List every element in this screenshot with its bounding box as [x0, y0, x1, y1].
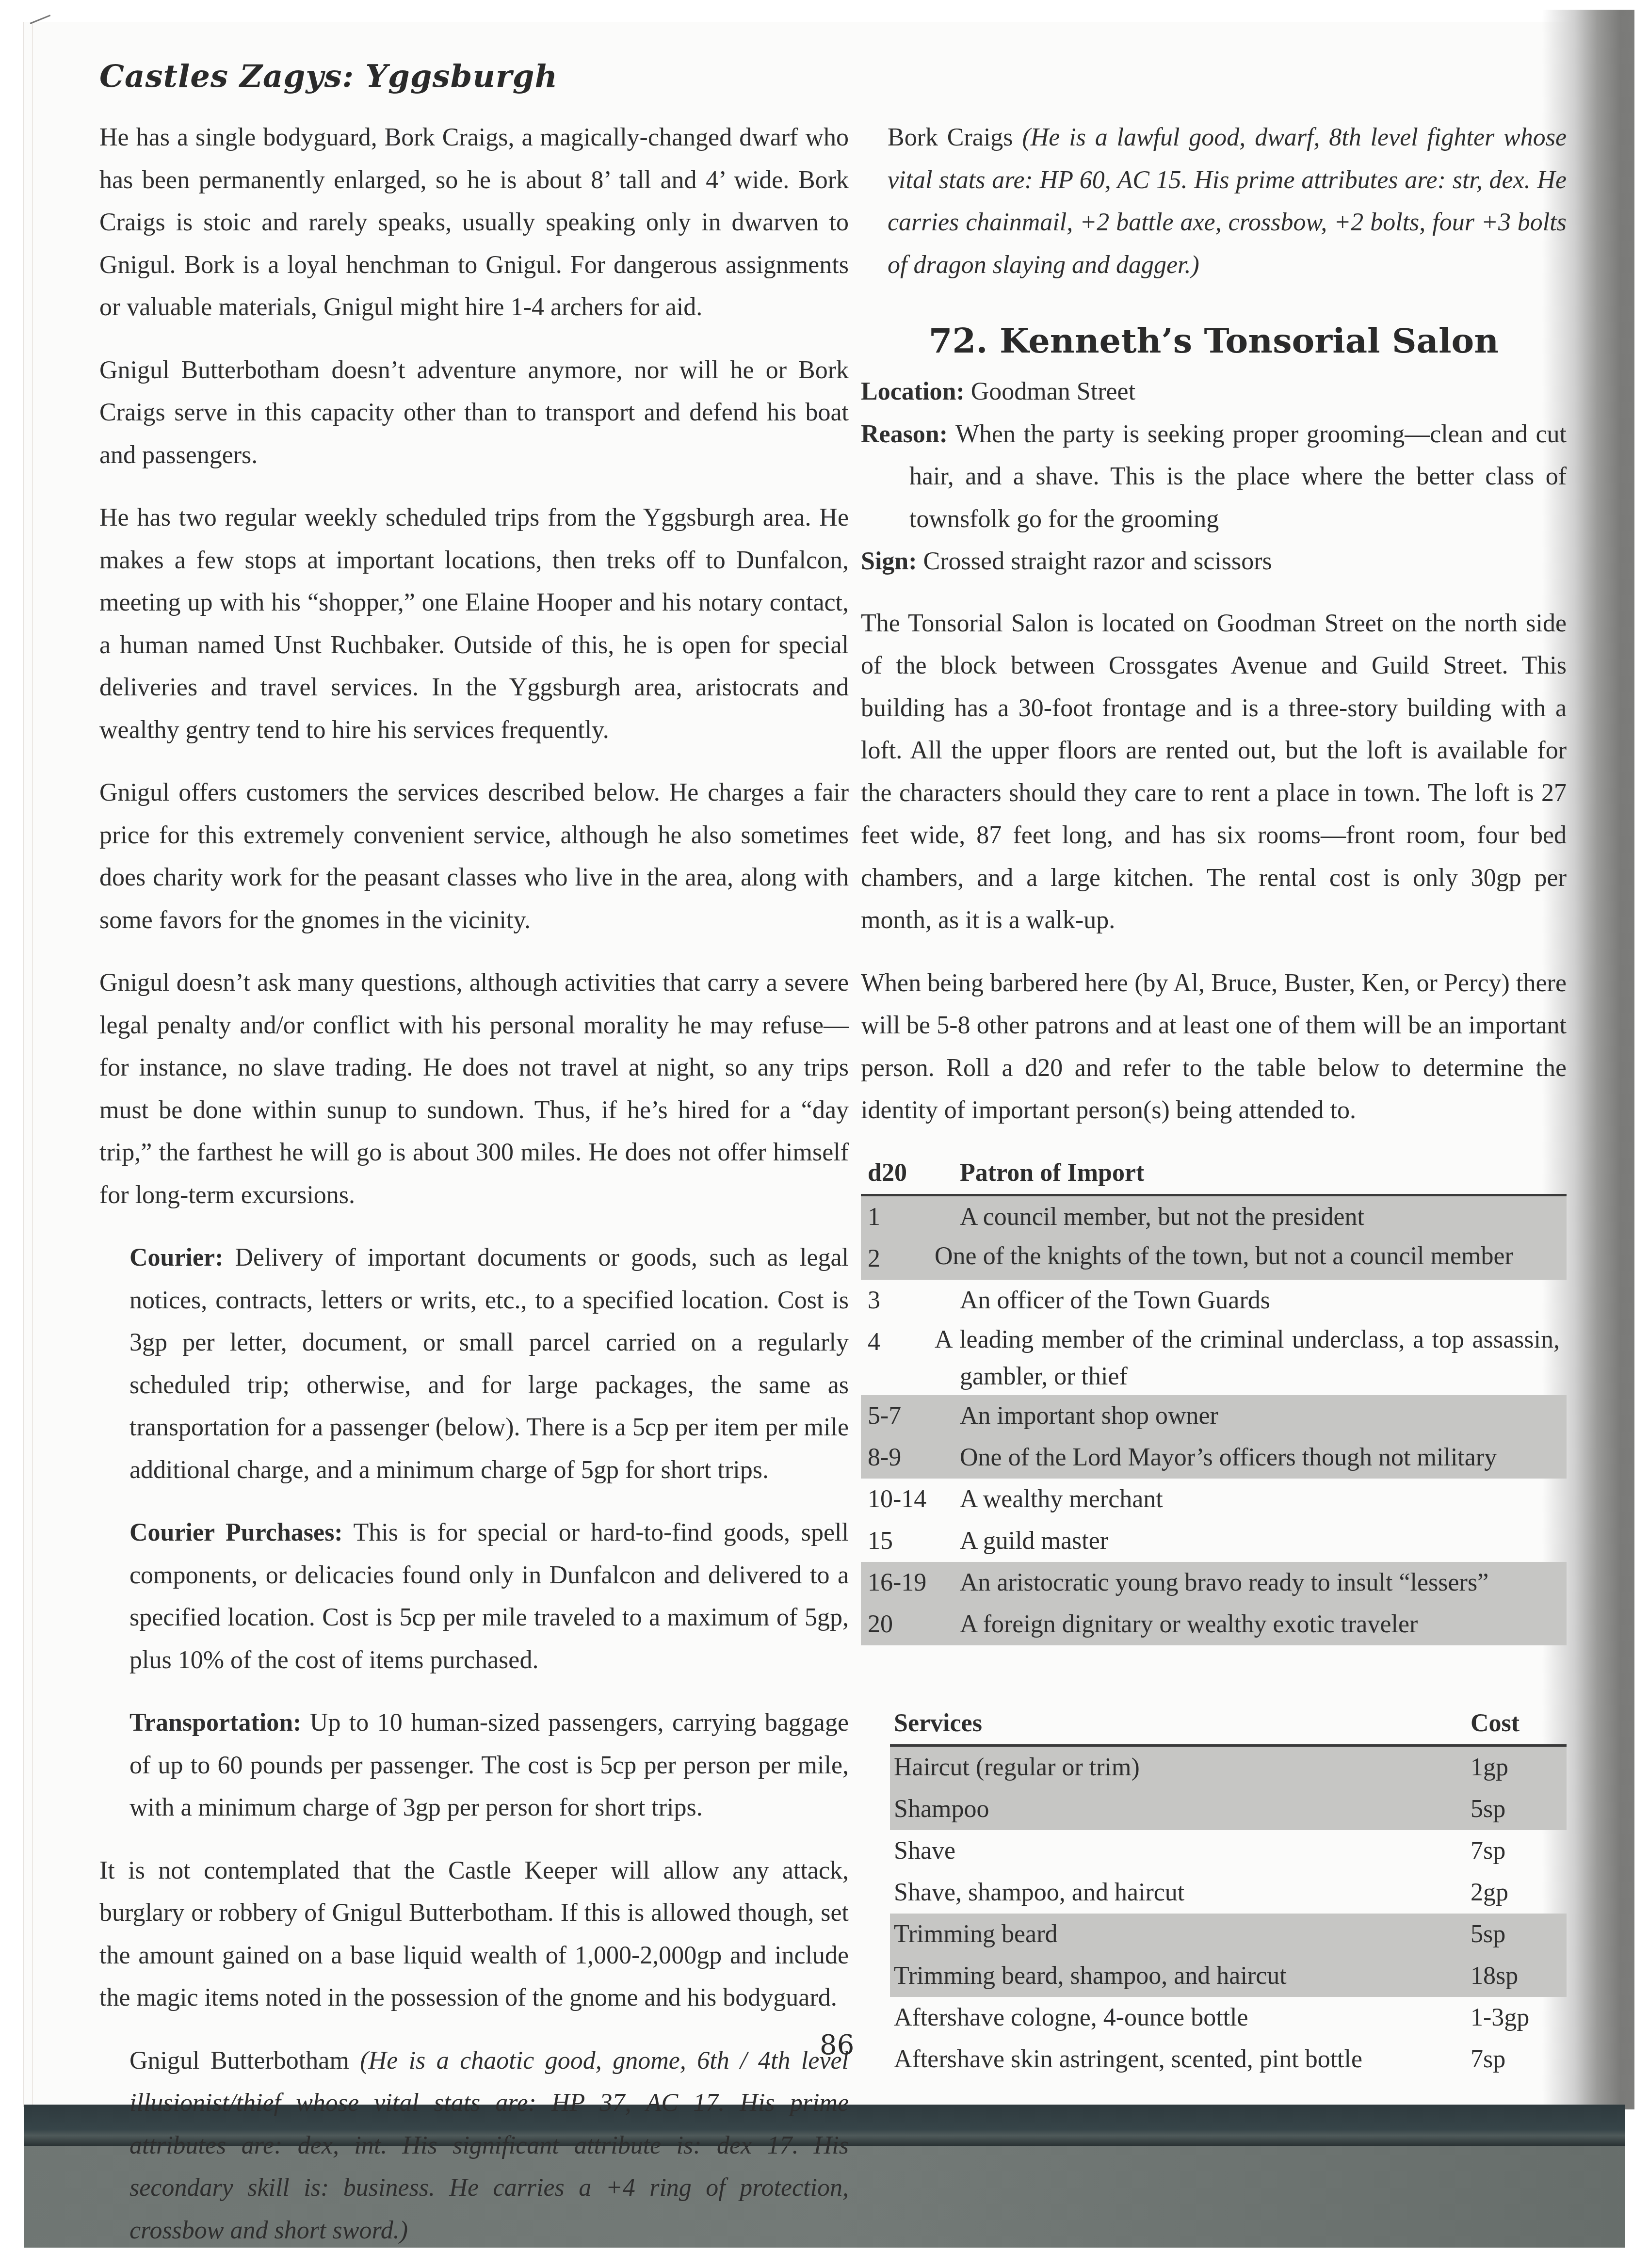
table-row: 4 A leading member of the criminal under… — [861, 1321, 1567, 1395]
roll-cell: 5-7 — [861, 1395, 960, 1437]
service-label: Courier Purchases: — [129, 1519, 343, 1546]
patron-cell: An officer of the Town Guards — [960, 1280, 1567, 1321]
page-edge — [23, 22, 33, 2107]
location-info: Location: Goodman Street Reason: When th… — [861, 370, 1567, 583]
table-header-row: Services Cost — [890, 1703, 1567, 1746]
roll-cell: 15 — [861, 1520, 960, 1562]
services-table: Services Cost Haircut (regular or trim) … — [890, 1703, 1567, 2080]
service-courier: Courier: Delivery of important documents… — [129, 1237, 849, 1491]
table-row: Trimming beard, shampoo, and haircut 18s… — [890, 1955, 1567, 1997]
service-cell: Aftershave cologne, 4-ounce bottle — [890, 1997, 1467, 2039]
paragraph: When being barbered here (by Al, Bruce, … — [861, 962, 1567, 1132]
info-label: Location: — [861, 378, 965, 405]
table-row: Shampoo 5sp — [890, 1788, 1567, 1830]
cost-cell: 7sp — [1467, 1830, 1567, 1872]
patron-cell: One of the knights of the town, but not … — [960, 1238, 1567, 1280]
services-table-wrapper: Services Cost Haircut (regular or trim) … — [890, 1703, 1567, 2080]
cost-cell: 7sp — [1467, 2039, 1567, 2080]
table-row: 20 A foreign dignitary or wealthy exotic… — [861, 1604, 1567, 1645]
patron-cell: One of the Lord Mayor’s officers though … — [960, 1437, 1567, 1479]
table-row: 3 An officer of the Town Guards — [861, 1280, 1567, 1321]
service-transportation: Transportation: Up to 10 human-sized pas… — [129, 1702, 849, 1829]
patron-cell: An important shop owner — [960, 1395, 1567, 1437]
patron-cell: A leading member of the criminal undercl… — [960, 1321, 1567, 1395]
cost-cell: 2gp — [1467, 1872, 1567, 1914]
cost-cell: 1gp — [1467, 1745, 1567, 1788]
statblock-name: Bork Craigs — [888, 124, 1013, 151]
statblock-bork: Bork Craigs (He is a lawful good, dwarf,… — [888, 116, 1567, 286]
patron-cell: A guild master — [960, 1520, 1567, 1562]
paragraph: It is not contemplated that the Castle K… — [99, 1850, 849, 2019]
roll-cell: 10-14 — [861, 1479, 960, 1520]
table-row: 10-14 A wealthy merchant — [861, 1479, 1567, 1520]
patron-cell: A foreign dignitary or wealthy exotic tr… — [960, 1604, 1567, 1645]
table-row: Shave, shampoo, and haircut 2gp — [890, 1872, 1567, 1914]
column-header-cost: Cost — [1467, 1703, 1567, 1746]
service-cell: Shampoo — [890, 1788, 1467, 1830]
info-sign: Sign: Crossed straight razor and scissor… — [861, 540, 1567, 583]
patron-table: d20 Patron of Import 1 A council member,… — [861, 1152, 1567, 1645]
table-row: Aftershave skin astringent, scented, pin… — [890, 2039, 1567, 2080]
column-header-d20: d20 — [861, 1152, 960, 1195]
paragraph: Gnigul offers customers the services des… — [99, 772, 849, 941]
column-header-patron: Patron of Import — [960, 1152, 1567, 1195]
service-label: Courier: — [129, 1244, 223, 1271]
service-text: Delivery of important documents or goods… — [129, 1244, 849, 1484]
info-label: Sign: — [861, 547, 917, 575]
roll-cell: 20 — [861, 1604, 960, 1645]
left-column: He has a single bodyguard, Bork Craigs, … — [99, 116, 849, 2268]
service-courier-purchases: Courier Purchases: This is for special o… — [129, 1512, 849, 1681]
section-title: 72. Kenneth’s Tonsorial Salon — [861, 314, 1567, 368]
page-number: 86 — [820, 2029, 854, 2061]
cost-cell: 18sp — [1467, 1955, 1567, 1997]
patron-cell: An aristocratic young bravo ready to ins… — [960, 1562, 1567, 1604]
table-row: 2 One of the knights of the town, but no… — [861, 1238, 1567, 1280]
info-value: Crossed straight razor and scissors — [923, 547, 1272, 575]
table-row: 8-9 One of the Lord Mayor’s officers tho… — [861, 1437, 1567, 1479]
roll-cell: 16-19 — [861, 1562, 960, 1604]
info-label: Reason: — [861, 420, 948, 448]
service-label: Transportation: — [129, 1709, 301, 1737]
info-reason: Reason: When the party is seeking proper… — [861, 413, 1567, 541]
service-cell: Shave, shampoo, and haircut — [890, 1872, 1467, 1914]
roll-cell: 1 — [861, 1195, 960, 1238]
statblock-name: Gnigul Butterbotham — [129, 2047, 349, 2075]
table-row: 16-19 An aristocratic young bravo ready … — [861, 1562, 1567, 1604]
statblock-details: (He is a chaotic good, gnome, 6th / 4th … — [129, 2047, 849, 2244]
paragraph: He has two regular weekly scheduled trip… — [99, 497, 849, 751]
table-row: Trimming beard 5sp — [890, 1914, 1567, 1955]
paragraph: He has a single bodyguard, Bork Craigs, … — [99, 116, 849, 329]
table-row: Aftershave cologne, 4-ounce bottle 1-3gp — [890, 1997, 1567, 2039]
service-cell: Shave — [890, 1830, 1467, 1872]
paragraph: The Tonsorial Salon is located on Goodma… — [861, 602, 1567, 942]
patron-cell: A wealthy merchant — [960, 1479, 1567, 1520]
column-header-services: Services — [890, 1703, 1467, 1746]
service-cell: Trimming beard, shampoo, and haircut — [890, 1955, 1467, 1997]
table-header-row: d20 Patron of Import — [861, 1152, 1567, 1195]
info-value: When the party is seeking proper groomin… — [909, 420, 1567, 533]
service-cell: Haircut (regular or trim) — [890, 1745, 1467, 1788]
paragraph: Gnigul doesn’t ask many questions, altho… — [99, 962, 849, 1216]
service-cell: Trimming beard — [890, 1914, 1467, 1955]
roll-cell: 8-9 — [861, 1437, 960, 1479]
info-value: Goodman Street — [971, 378, 1135, 405]
table-row: Haircut (regular or trim) 1gp — [890, 1745, 1567, 1788]
running-head: Castles Zagys: Yggsburgh — [99, 58, 558, 95]
statblock-gnigul: Gnigul Butterbotham (He is a chaotic goo… — [129, 2040, 849, 2252]
right-column: Bork Craigs (He is a lawful good, dwarf,… — [861, 116, 1567, 2080]
table-row: 1 A council member, but not the presiden… — [861, 1195, 1567, 1238]
cost-cell: 5sp — [1467, 1788, 1567, 1830]
table-row: 15 A guild master — [861, 1520, 1567, 1562]
info-location: Location: Goodman Street — [861, 370, 1567, 413]
roll-cell: 3 — [861, 1280, 960, 1321]
table-row: Shave 7sp — [890, 1830, 1567, 1872]
paragraph: Gnigul Butterbotham doesn’t adventure an… — [99, 349, 849, 477]
patron-cell: A council member, but not the president — [960, 1195, 1567, 1238]
cost-cell: 5sp — [1467, 1914, 1567, 1955]
service-cell: Aftershave skin astringent, scented, pin… — [890, 2039, 1467, 2080]
cost-cell: 1-3gp — [1467, 1997, 1567, 2039]
table-row: 5-7 An important shop owner — [861, 1395, 1567, 1437]
